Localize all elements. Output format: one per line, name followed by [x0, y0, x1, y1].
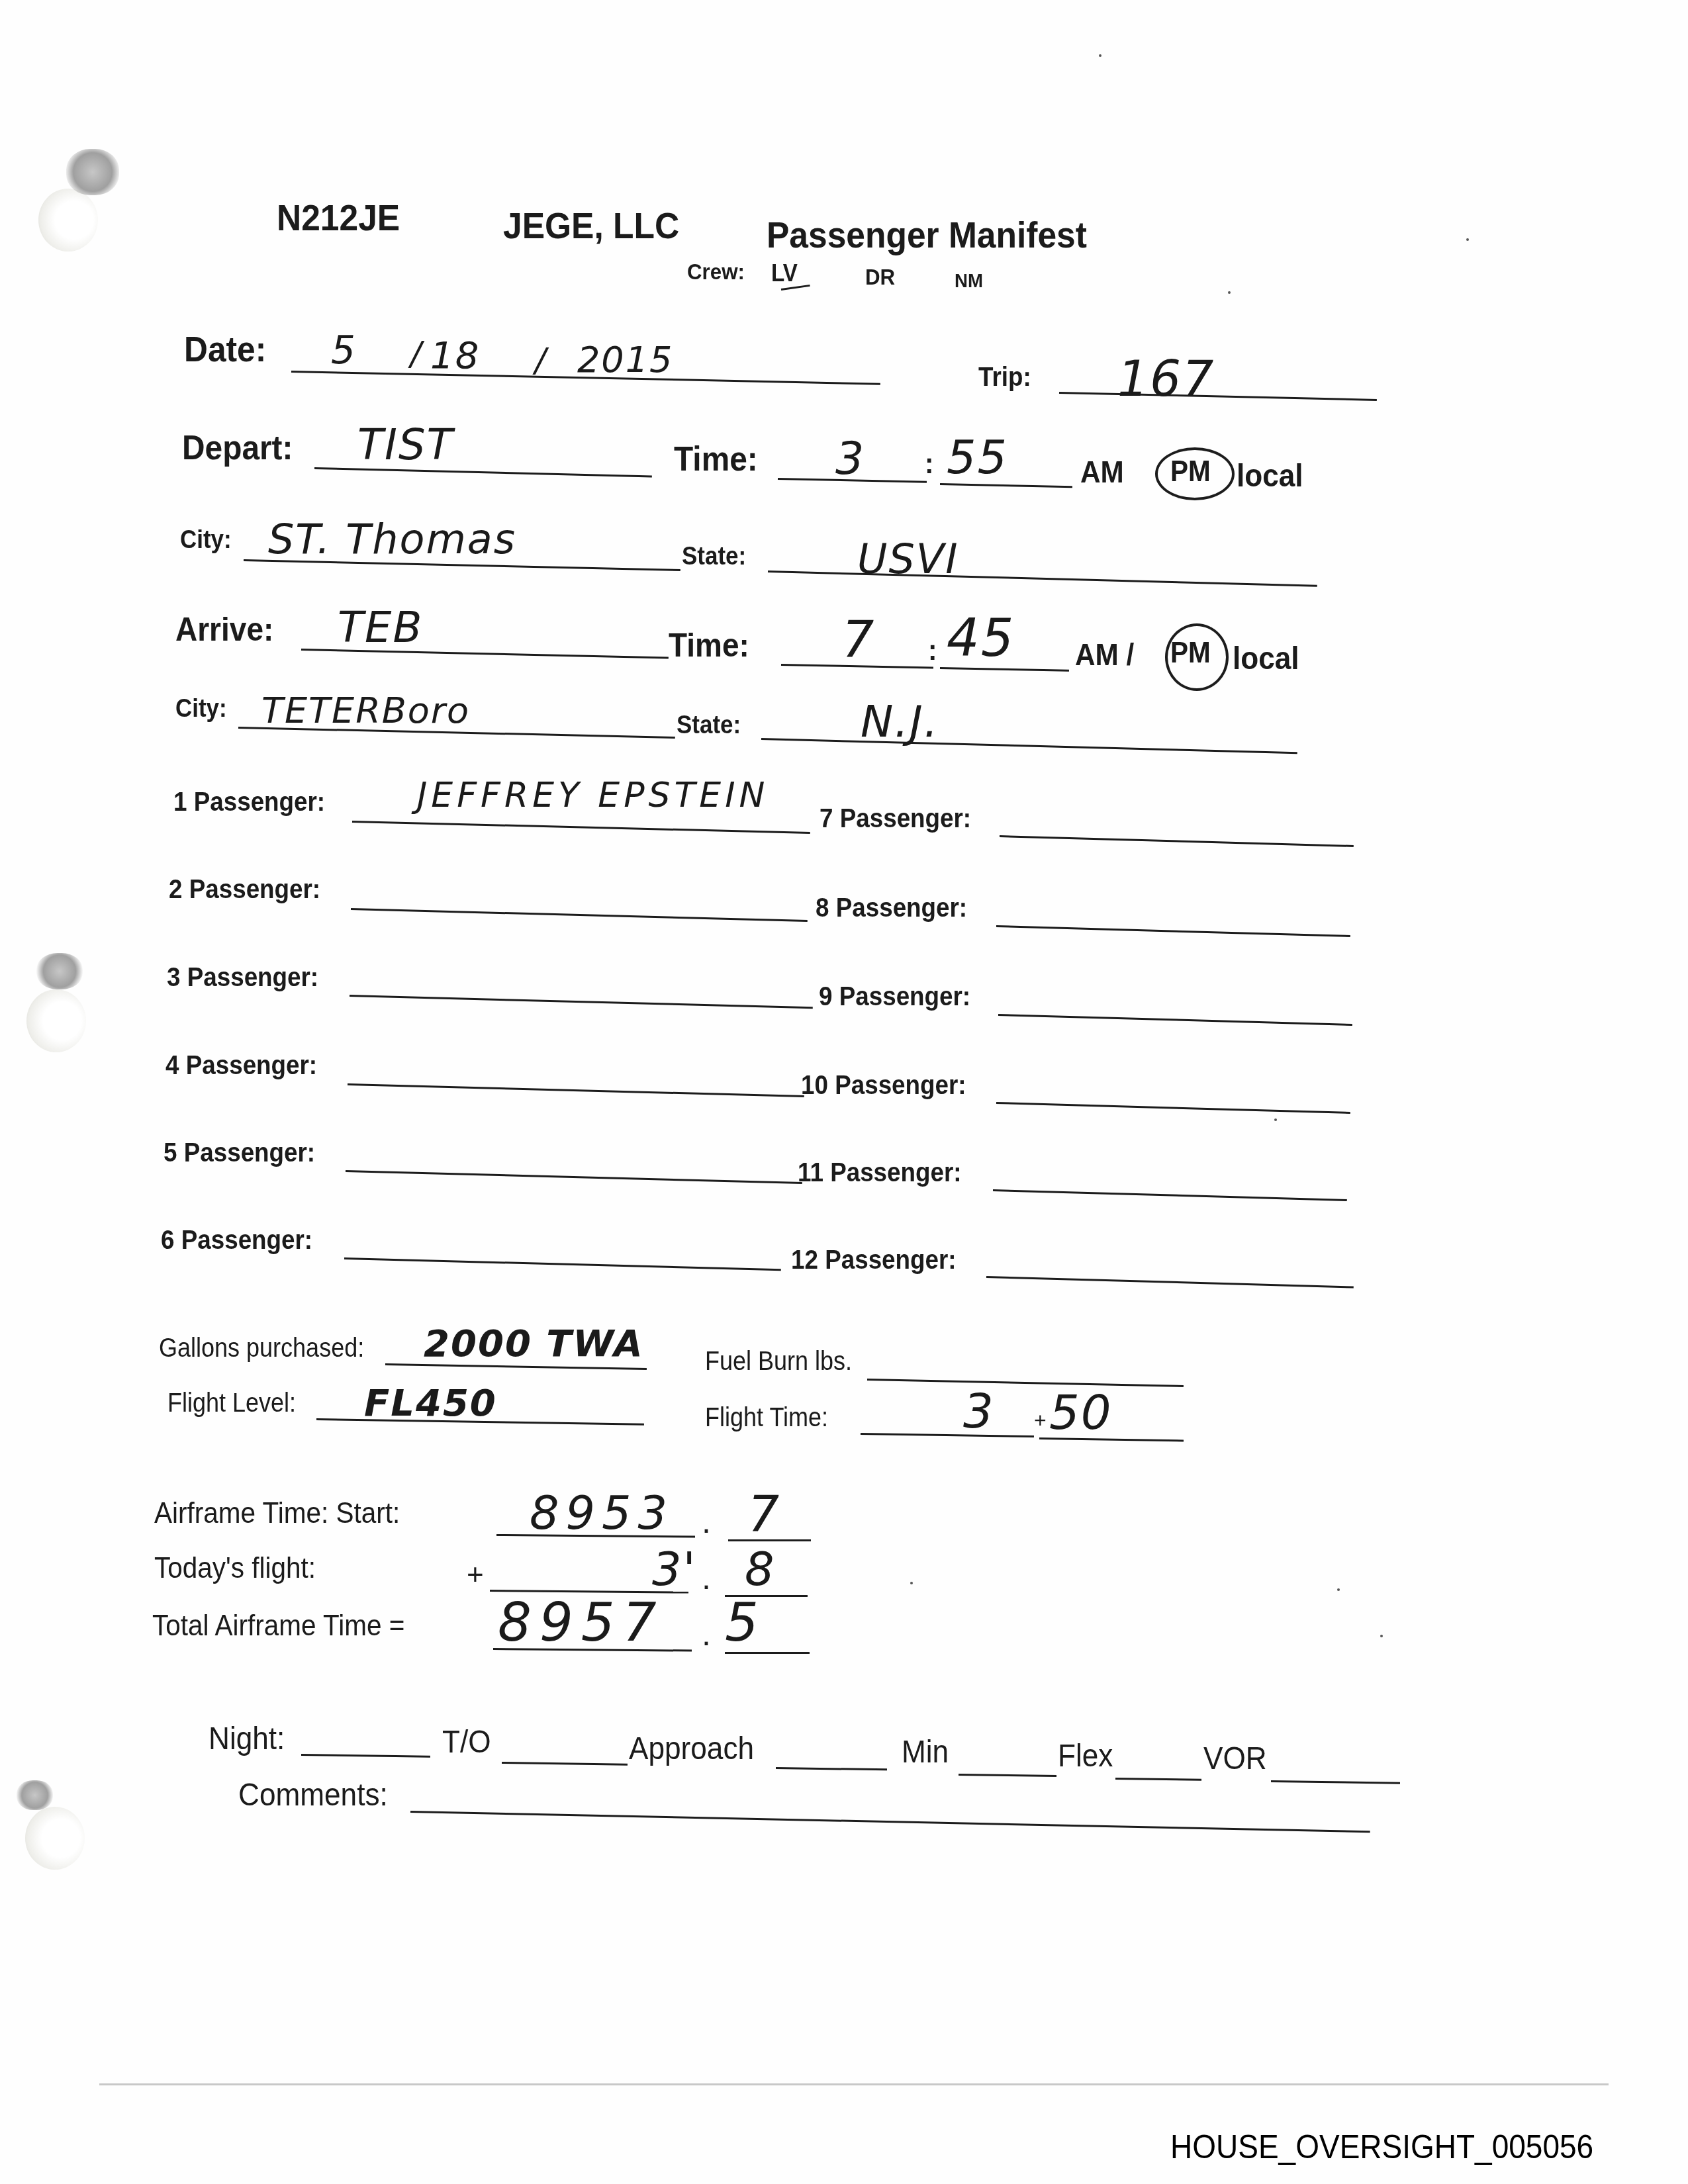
crew-label: Crew: — [687, 259, 745, 285]
passenger-10-underline — [996, 1102, 1350, 1114]
arrive-minute[interactable]: 45 — [947, 609, 1015, 668]
passenger-11-underline — [993, 1189, 1347, 1201]
gallons-label: Gallons purchased: — [159, 1334, 364, 1363]
company-name: JEGE, LLC — [503, 204, 679, 247]
total-airframe-tenth[interactable]: 5 — [725, 1592, 760, 1653]
arrive-state-underline — [761, 738, 1297, 754]
depart-am-option[interactable]: AM — [1080, 454, 1124, 490]
flight-time-hours[interactable]: 3 — [963, 1383, 995, 1439]
punch-hole-bottom — [25, 1807, 85, 1870]
date-month[interactable]: 5 — [331, 328, 357, 373]
passenger-1-underline — [352, 821, 810, 834]
flight-level-label: Flight Level: — [167, 1388, 296, 1418]
arrive-label: Arrive: — [175, 610, 273, 649]
gallons-value[interactable]: 2000 TWA — [424, 1322, 644, 1365]
depart-minute[interactable]: 55 — [947, 430, 1008, 484]
arrive-pm-circle — [1165, 623, 1229, 691]
passenger-11-label: 11 Passenger: — [798, 1158, 962, 1188]
crew-option-dr[interactable]: DR — [865, 265, 895, 291]
comments-underline — [410, 1811, 1370, 1833]
trip-label: Trip: — [978, 363, 1031, 392]
todays-flight-tenth[interactable]: 8 — [745, 1542, 776, 1596]
arrive-city[interactable]: TETERBoro — [261, 690, 470, 731]
arrive-hour[interactable]: 7 — [842, 610, 875, 669]
depart-colon: : — [925, 447, 933, 480]
to-underline — [502, 1762, 628, 1766]
to-label: T/O — [442, 1724, 491, 1760]
crew-option-nm[interactable]: NM — [955, 270, 983, 293]
trip-number[interactable]: 167 — [1117, 351, 1215, 408]
page-title: Passenger Manifest — [767, 213, 1087, 256]
passenger-4-label: 4 Passenger: — [165, 1051, 317, 1081]
depart-state-underline — [768, 570, 1317, 587]
airframe-start-label: Airframe Time: Start: — [154, 1497, 400, 1530]
passenger-1-name[interactable]: JEFFREY EPSTEIN — [417, 776, 769, 815]
crew-option-lv[interactable]: LV — [771, 259, 798, 287]
flight-time-minutes[interactable]: 50 — [1049, 1385, 1113, 1440]
min-label: Min — [902, 1734, 949, 1770]
scan-speck — [910, 1582, 913, 1584]
scan-speck — [1099, 54, 1102, 57]
total-airframe-whole[interactable]: 8957 — [498, 1592, 665, 1653]
arrive-city-label: City: — [175, 695, 227, 723]
date-year[interactable]: 2015 — [577, 339, 673, 381]
arrive-colon: : — [928, 634, 937, 667]
passenger-6-label: 6 Passenger: — [161, 1226, 312, 1255]
todays-flight-decimal: . — [702, 1559, 711, 1597]
total-airframe-label: Total Airframe Time = — [152, 1610, 404, 1643]
arrive-airport[interactable]: TEB — [338, 604, 423, 653]
depart-time-label: Time: — [674, 439, 758, 479]
vor-underline — [1271, 1780, 1400, 1784]
depart-city[interactable]: ST. Thomas — [268, 515, 516, 563]
airframe-start-tenth[interactable]: 7 — [748, 1486, 780, 1543]
depart-airport[interactable]: TIST — [357, 421, 454, 470]
passenger-8-label: 8 Passenger: — [816, 893, 967, 923]
flight-time-separator: + — [1034, 1408, 1047, 1433]
date-day[interactable]: 18 — [430, 334, 480, 377]
flex-underline — [1115, 1778, 1201, 1781]
arrive-am-option[interactable]: AM / — [1075, 637, 1134, 672]
flight-level-value[interactable]: FL450 — [364, 1382, 497, 1425]
trip-underline — [1059, 392, 1377, 401]
depart-local-label: local — [1237, 458, 1303, 494]
night-underline — [301, 1754, 430, 1758]
manifest-page: N212JE JEGE, LLC Passenger Manifest Crew… — [0, 0, 1688, 2184]
passenger-5-underline — [346, 1170, 802, 1184]
flight-time-minutes-underline — [1039, 1437, 1184, 1441]
passenger-4-underline — [348, 1083, 804, 1097]
passenger-2-label: 2 Passenger: — [169, 875, 320, 905]
tail-number: N212JE — [277, 196, 400, 239]
arrive-local-label: local — [1233, 641, 1299, 677]
vor-label: VOR — [1203, 1741, 1267, 1777]
min-underline — [959, 1774, 1056, 1777]
approach-underline — [776, 1767, 887, 1770]
airframe-start-tenth-underline — [728, 1539, 811, 1541]
passenger-7-underline — [1000, 835, 1354, 847]
date-sep-1: / — [410, 334, 423, 373]
punch-smudge-top — [66, 149, 119, 195]
scan-speck — [1337, 1588, 1340, 1591]
flex-label: Flex — [1058, 1738, 1113, 1774]
arrive-state[interactable]: N.J. — [861, 696, 939, 747]
bates-number: HOUSE_OVERSIGHT_005056 — [1170, 2128, 1593, 2166]
date-label: Date: — [184, 329, 266, 370]
scan-speck — [1466, 238, 1469, 241]
todays-flight-whole[interactable]: 3' — [652, 1542, 697, 1596]
date-sep-2: / — [535, 341, 547, 379]
passenger-9-label: 9 Passenger: — [819, 982, 970, 1012]
airframe-start-decimal: . — [702, 1502, 711, 1541]
scan-speck — [1380, 1635, 1383, 1637]
night-label: Night: — [209, 1721, 285, 1757]
punch-smudge-bottom — [17, 1780, 53, 1810]
passenger-9-underline — [998, 1014, 1352, 1026]
passenger-6-underline — [344, 1257, 781, 1271]
comments-label: Comments: — [238, 1777, 388, 1813]
airframe-start-whole[interactable]: 8953 — [530, 1486, 674, 1540]
arrive-minute-underline — [940, 667, 1069, 672]
flight-time-hours-underline — [861, 1433, 1034, 1437]
fuel-burn-underline — [867, 1379, 1184, 1387]
depart-hour[interactable]: 3 — [835, 433, 865, 485]
punch-hole-middle — [26, 989, 86, 1052]
passenger-12-underline — [986, 1276, 1354, 1288]
depart-underline — [314, 467, 652, 477]
arrive-underline — [301, 649, 669, 659]
scan-speck — [1274, 1118, 1277, 1121]
punch-hole-top — [38, 189, 98, 251]
todays-flight-plus: + — [467, 1559, 484, 1592]
depart-label: Depart: — [182, 428, 293, 468]
passenger-1-label: 1 Passenger: — [173, 788, 325, 817]
passenger-8-underline — [996, 925, 1350, 937]
depart-city-label: City: — [180, 526, 232, 555]
fuel-burn-label: Fuel Burn lbs. — [705, 1347, 852, 1377]
passenger-5-label: 5 Passenger: — [164, 1138, 315, 1168]
passenger-10-label: 10 Passenger: — [801, 1071, 966, 1101]
passenger-12-label: 12 Passenger: — [791, 1246, 957, 1275]
scan-bottom-edge — [99, 2083, 1609, 2085]
total-airframe-decimal: . — [702, 1615, 711, 1653]
passenger-3-label: 3 Passenger: — [167, 963, 318, 993]
passenger-2-underline — [351, 908, 808, 922]
arrive-time-label: Time: — [669, 626, 749, 664]
punch-smudge-middle — [36, 953, 83, 989]
passenger-3-underline — [350, 995, 813, 1009]
depart-state-label: State: — [682, 543, 746, 571]
flight-time-label: Flight Time: — [705, 1403, 828, 1433]
scan-speck — [1228, 291, 1231, 294]
total-airframe-tenth-underline — [725, 1652, 810, 1654]
passenger-7-label: 7 Passenger: — [820, 804, 971, 834]
todays-flight-label: Today's flight: — [154, 1552, 316, 1585]
approach-label: Approach — [629, 1731, 754, 1767]
depart-pm-circle — [1155, 447, 1235, 500]
arrive-state-label: State: — [677, 711, 741, 740]
